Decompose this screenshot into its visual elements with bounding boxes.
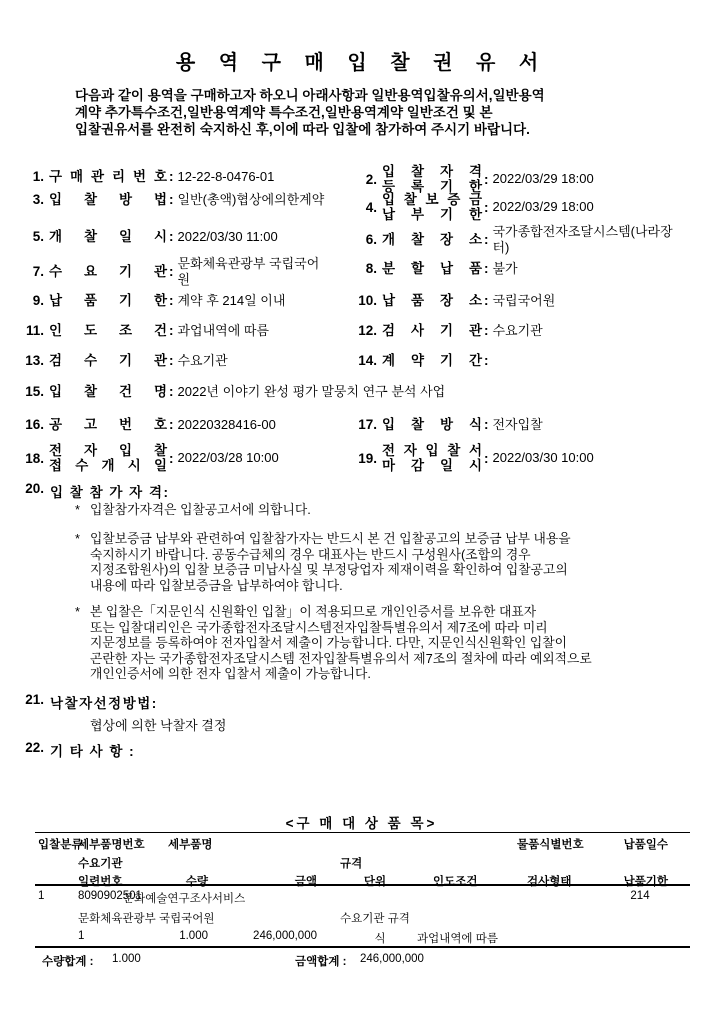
item-number: 18. — [22, 451, 44, 466]
cell-quantity: 1.000 — [160, 930, 208, 942]
item-bid-qualification-deadline: 2. 입 찰 자 격 등 록 기 한 : 2022/03/29 18:00 — [355, 164, 679, 194]
note-fingerprint-bid: * 본 입찰은「지문인식 신원확인 입찰」이 적용되므로 개인인증서를 보유한 … — [75, 604, 690, 682]
colon: : — [484, 417, 489, 432]
col-header-detail-item-no: 세부품명번호 — [78, 836, 145, 852]
colon: : — [169, 353, 174, 368]
section-award-method: 21. 낙찰자선정방법: — [22, 692, 158, 712]
colon: : — [484, 293, 489, 308]
item-label: 수 요 기 관 — [49, 264, 167, 279]
col-header-delivery-days: 납품일수 — [600, 836, 668, 852]
item-value: 국가종합전자조달시스템(나라장터) — [493, 224, 679, 255]
cell-amount: 246,000,000 — [245, 930, 317, 942]
intro-paragraph: 다음과 같이 용역을 구매하고자 하오니 아래사항과 일반용역입찰유의서,일반용… — [75, 87, 680, 138]
item-opening-datetime: 5. 개 찰 일 시 : 2022/03/30 11:00 — [22, 229, 330, 245]
asterisk-bullet: * — [75, 502, 90, 518]
colon: : — [169, 293, 174, 308]
colon: : — [484, 451, 489, 466]
item-delivery-terms: 11. 인 도 조 건 : 과업내역에 따름 — [22, 323, 330, 339]
col-header-amount: 금액 — [250, 873, 317, 889]
cell-delivery-days: 214 — [615, 890, 665, 902]
item-number: 9. — [22, 293, 44, 308]
item-label: 구 매 관 리 번 호 — [49, 169, 167, 184]
item-number: 11. — [22, 323, 44, 338]
cell-bid-class: 1 — [38, 890, 44, 902]
item-label: 개 찰 장 소 — [382, 232, 482, 247]
item-label: 공 고 번 호 — [49, 417, 167, 432]
item-label: 납 품 장 소 — [382, 293, 482, 308]
item-value: 2022/03/30 10:00 — [493, 450, 679, 466]
cell-unit: 식 — [360, 930, 400, 946]
colon: : — [484, 172, 489, 187]
item-value: 일반(총액)협상에의한계약 — [178, 192, 330, 208]
col-header-detail-item-name: 세부품명 — [168, 836, 212, 852]
item-label: 입 찰 참 가 자 격: — [50, 481, 170, 501]
item-bid-method: 3. 입 찰 방 법 : 일반(총액)협상에의한계약 — [22, 192, 330, 208]
item-number: 22. — [22, 740, 44, 760]
item-delivery-deadline: 9. 납 품 기 한 : 계약 후 214일 이내 — [22, 293, 330, 309]
note-text: 입찰참가자격은 입찰공고서에 의합니다. — [90, 502, 690, 518]
cell-demand-org: 문화체육관광부 국립국어원 — [78, 910, 215, 926]
item-label: 검 사 기 관 — [382, 323, 482, 338]
colon: : — [484, 323, 489, 338]
item-demand-organization: 7. 수 요 기 관 : 문화체육관광부 국립국어원 — [22, 256, 330, 287]
item-purchase-mgmt-no: 1. 구 매 관 리 번 호 : 12-22-8-0476-01 — [22, 169, 330, 185]
item-label: 전 자 입 찰 — [49, 443, 167, 458]
item-label: 기 타 사 항 : — [50, 740, 135, 760]
purchase-items-table-title: <구 매 대 상 품 목> — [0, 812, 723, 832]
item-value: 2022/03/29 18:00 — [493, 171, 679, 187]
item-value: 과업내역에 따름 — [178, 323, 330, 339]
item-number: 1. — [22, 169, 44, 184]
col-header-delivery-terms: 인도조건 — [433, 873, 477, 889]
item-value: 20220328416-00 — [178, 417, 330, 433]
item-bid-bond-deadline: 4. 입 찰 보 증 금 납 부 기 한 : 2022/03/29 18:00 — [355, 192, 679, 222]
item-number: 14. — [355, 353, 377, 368]
item-value: 수요기관 — [178, 353, 330, 369]
note-text: 본 입찰은「지문인식 신원확인 입찰」이 적용되므로 개인인증서를 보유한 대표… — [90, 604, 690, 682]
item-value: 전자입찰 — [493, 417, 679, 433]
item-ebid-open-datetime: 18. 전 자 입 찰 접 수 개 시 일 : 2022/03/28 10:00 — [22, 443, 330, 473]
item-delivery-place: 10. 납 품 장 소 : 국립국어원 — [355, 293, 679, 309]
colon: : — [169, 451, 174, 466]
item-bid-type: 17. 입 찰 방 식 : 전자입찰 — [355, 417, 679, 433]
item-value: 국립국어원 — [493, 293, 679, 309]
item-number: 12. — [355, 323, 377, 338]
col-header-unit: 단위 — [355, 873, 395, 889]
item-notice-number: 16. 공 고 번 호 : 20220328416-00 — [22, 417, 330, 433]
item-label: 전 자 입 찰 서 — [382, 443, 482, 458]
item-label: 입 찰 보 증 금 — [382, 192, 482, 207]
col-header-serial-no: 일련번호 — [78, 873, 122, 889]
colon: : — [484, 200, 489, 215]
item-label: 접 수 개 시 일 — [49, 458, 167, 473]
section-other-matters: 22. 기 타 사 항 : — [22, 740, 135, 760]
item-number: 19. — [355, 451, 377, 466]
item-number: 4. — [355, 200, 377, 215]
colon: : — [484, 232, 489, 247]
note-text: 입찰보증금 납부와 관련하여 입찰참가자는 반드시 본 건 입찰공고의 보증금 … — [90, 531, 690, 593]
item-label: 마 감 일 시 — [382, 458, 482, 473]
item-number: 6. — [355, 232, 377, 247]
item-number: 17. — [355, 417, 377, 432]
colon: : — [169, 384, 174, 399]
table-top-rule — [35, 832, 690, 833]
item-value: 2022/03/29 18:00 — [493, 199, 679, 215]
item-number: 20. — [22, 481, 44, 501]
asterisk-bullet: * — [75, 531, 90, 593]
item-label: 낙찰자선정방법: — [50, 692, 158, 712]
item-number: 2. — [355, 172, 377, 187]
colon: : — [484, 353, 489, 368]
item-label: 입 찰 방 법 — [49, 192, 167, 207]
colon: : — [169, 192, 174, 207]
award-method-value: 협상에 의한 낙찰자 결정 — [90, 715, 226, 734]
item-bid-title: 15. 입 찰 건 명 : 2022년 이야기 완성 평가 말뭉치 연구 분석 … — [22, 384, 608, 400]
section-bid-eligibility: 20. 입 찰 참 가 자 격: — [22, 481, 170, 501]
item-number: 16. — [22, 417, 44, 432]
item-contract-period: 14. 계 약 기 간 : — [355, 353, 679, 368]
total-amount-label: 금액합계 : — [295, 953, 346, 969]
total-quantity-label: 수량합계 : — [42, 953, 93, 969]
item-number: 13. — [22, 353, 44, 368]
cell-serial-no: 1 — [78, 930, 84, 942]
colon: : — [169, 264, 174, 279]
col-header-quantity: 수량 — [160, 873, 208, 889]
document-title: 용 역 구 매 입 찰 권 유 서 — [0, 46, 723, 75]
col-header-product-id-no: 물품식별번호 — [517, 836, 584, 852]
item-ebid-close-datetime: 19. 전 자 입 찰 서 마 감 일 시 : 2022/03/30 10:00 — [355, 443, 679, 473]
item-label: 분 할 납 품 — [382, 261, 482, 276]
note-eligibility: * 입찰참가자격은 입찰공고서에 의합니다. — [75, 502, 690, 518]
item-inspection-agency: 12. 검 사 기 관 : 수요기관 — [355, 323, 679, 339]
item-acceptance-agency: 13. 검 수 기 관 : 수요기관 — [22, 353, 330, 369]
colon: : — [169, 229, 174, 244]
colon: : — [484, 261, 489, 276]
note-bid-bond: * 입찰보증금 납부와 관련하여 입찰참가자는 반드시 본 건 입찰공고의 보증… — [75, 531, 690, 593]
item-number: 7. — [22, 264, 44, 279]
item-value: 12-22-8-0476-01 — [178, 169, 330, 185]
col-header-bid-class: 입찰분류 — [38, 836, 82, 852]
item-partial-delivery: 8. 분 할 납 품 : 불가 — [355, 261, 679, 277]
colon: : — [169, 169, 174, 184]
item-value: 불가 — [493, 261, 679, 277]
item-number: 15. — [22, 384, 44, 399]
item-value: 문화체육관광부 국립국어원 — [178, 256, 330, 287]
item-value: 2022/03/28 10:00 — [178, 450, 330, 466]
col-header-demand-org: 수요기관 — [78, 855, 122, 871]
item-number: 5. — [22, 229, 44, 244]
item-value: 계약 후 214일 이내 — [178, 293, 330, 309]
item-number: 21. — [22, 692, 44, 712]
item-label: 검 수 기 관 — [49, 353, 167, 368]
colon: : — [169, 323, 174, 338]
asterisk-bullet: * — [75, 604, 90, 682]
item-value: 2022/03/30 11:00 — [178, 229, 330, 245]
bid-invitation-document: 용 역 구 매 입 찰 권 유 서 다음과 같이 용역을 구매하고자 하오니 아… — [0, 0, 723, 1024]
cell-detail-item-name: 문화예술연구조사서비스 — [123, 890, 245, 906]
item-label: 계 약 기 간 — [382, 353, 482, 368]
item-label: 입 찰 건 명 — [49, 384, 167, 399]
item-label: 입 찰 자 격 — [382, 164, 482, 179]
col-header-inspection-type: 검사형태 — [527, 873, 571, 889]
item-label: 개 찰 일 시 — [49, 229, 167, 244]
item-number: 8. — [355, 261, 377, 276]
item-label: 납 부 기 한 — [382, 207, 482, 222]
item-label: 인 도 조 건 — [49, 323, 167, 338]
item-value: 수요기관 — [493, 323, 679, 339]
item-value: 2022년 이야기 완성 평가 말뭉치 연구 분석 사업 — [178, 384, 608, 400]
item-label: 납 품 기 한 — [49, 293, 167, 308]
col-header-delivery-deadline: 납품기한 — [600, 873, 668, 889]
total-amount-value: 246,000,000 — [360, 953, 424, 965]
item-number: 10. — [355, 293, 377, 308]
item-number: 3. — [22, 192, 44, 207]
item-label: 입 찰 방 식 — [382, 417, 482, 432]
item-opening-place: 6. 개 찰 장 소 : 국가종합전자조달시스템(나라장터) — [355, 224, 679, 255]
colon: : — [169, 417, 174, 432]
cell-spec: 수요기관 규격 — [340, 910, 410, 926]
col-header-spec: 규격 — [340, 855, 362, 871]
total-quantity-value: 1.000 — [112, 953, 141, 965]
cell-delivery-terms: 과업내역에 따름 — [417, 930, 498, 946]
table-bottom-rule — [35, 946, 690, 948]
